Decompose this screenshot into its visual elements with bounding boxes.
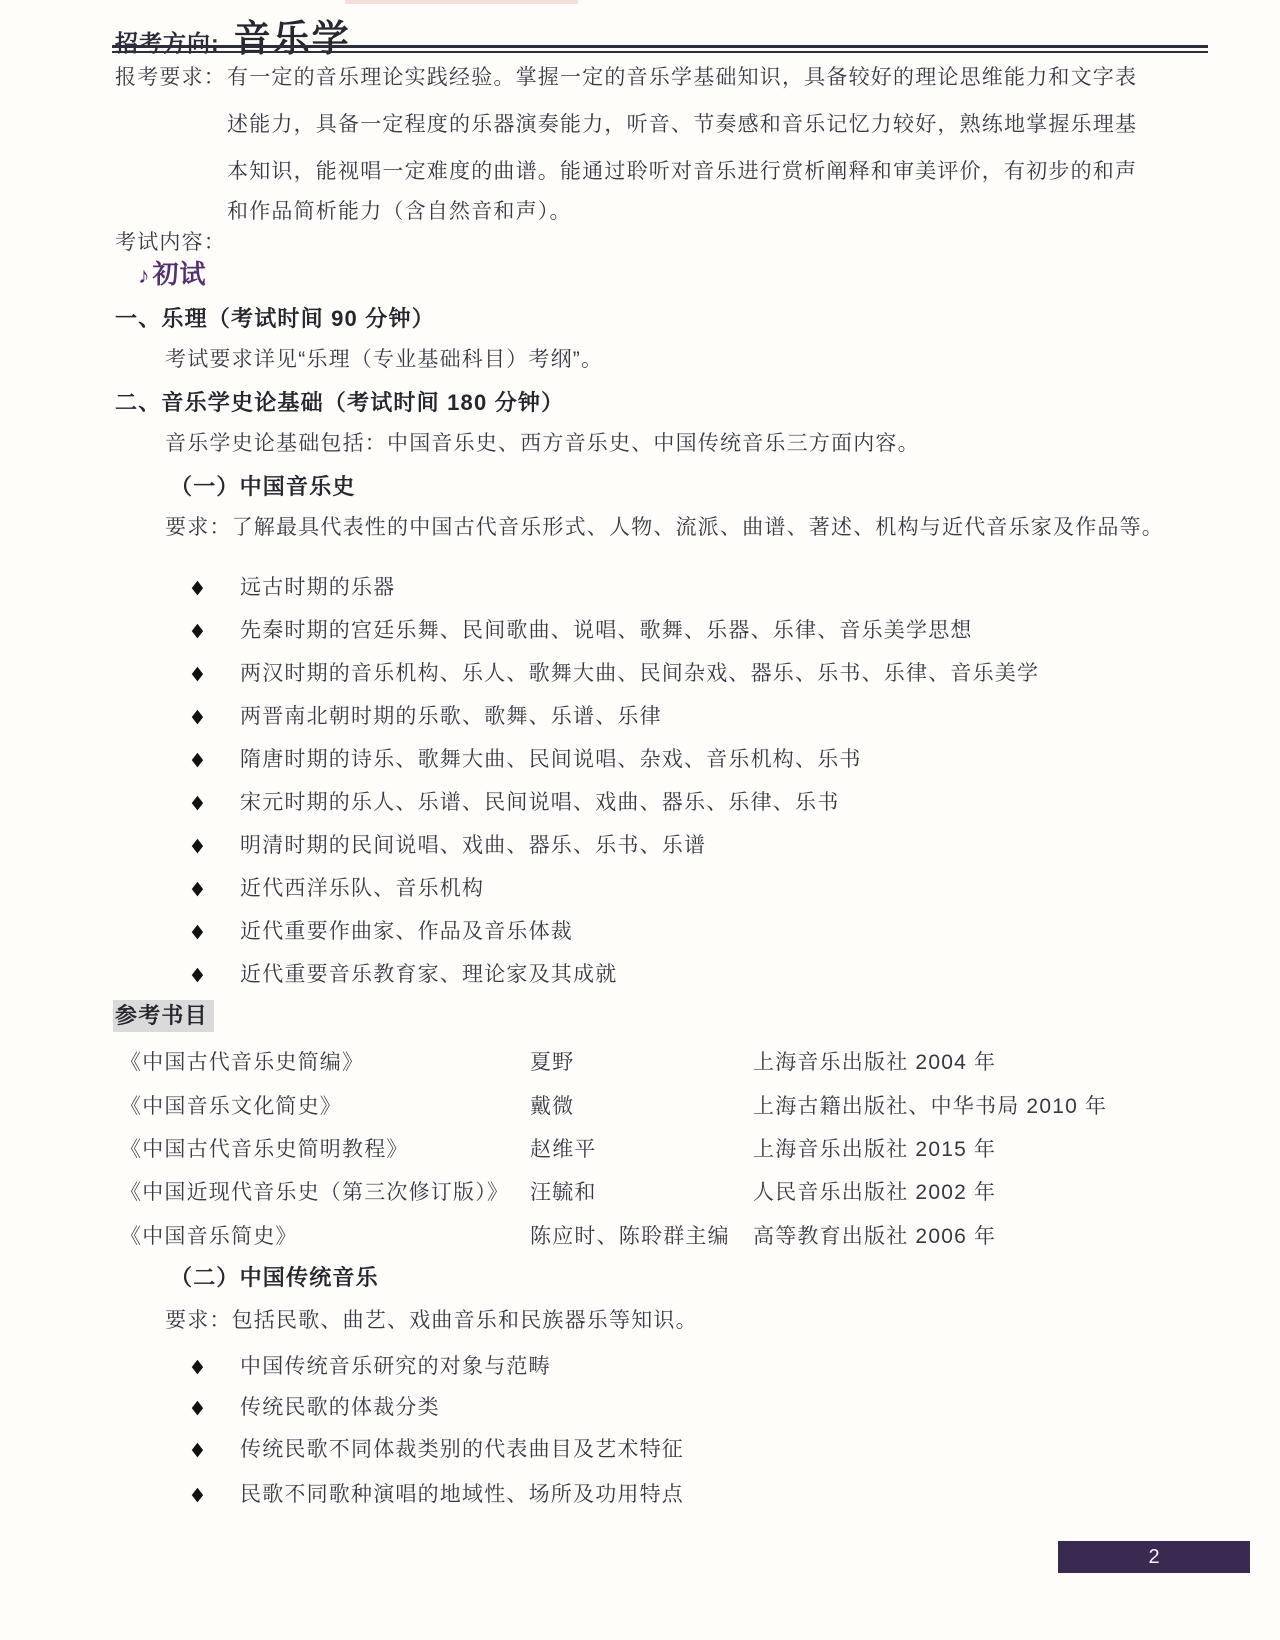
diamond-bullet-icon: ◆ xyxy=(192,660,204,688)
bullet-item: ◆ 近代重要作曲家、作品及音乐体裁 xyxy=(0,918,1280,946)
bullet-item: ◆ 远古时期的乐器 xyxy=(0,574,1280,602)
book-title: 《中国古代音乐史简编》 xyxy=(120,1049,364,1077)
section-1-body: 考试要求详见“乐理（专业基础科目）考纲”。 xyxy=(165,346,603,374)
apply-requirements-line: 和作品简析能力（含自然音和声）。 xyxy=(227,198,572,226)
bullet-text: 先秦时期的宫廷乐舞、民间歌曲、说唱、歌舞、乐器、乐律、音乐美学思想 xyxy=(240,617,973,645)
book-publisher: 人民音乐出版社 2002 年 xyxy=(753,1179,996,1207)
book-row: 《中国古代音乐史简明教程》 赵维平 上海音乐出版社 2015 年 xyxy=(0,1136,1280,1164)
bullet-item: ◆ 近代重要音乐教育家、理论家及其成就 xyxy=(0,961,1280,989)
book-row: 《中国音乐简史》 陈应时、陈聆群主编 高等教育出版社 2006 年 xyxy=(0,1223,1280,1251)
bullet-text: 两晋南北朝时期的乐歌、歌舞、乐谱、乐律 xyxy=(240,703,662,731)
bullet-text: 两汉时期的音乐机构、乐人、歌舞大曲、民间杂戏、器乐、乐书、乐律、音乐美学 xyxy=(240,660,1039,688)
bullet-text: 传统民歌不同体裁类别的代表曲目及艺术特征 xyxy=(240,1436,684,1464)
bullet-item: ◆ 传统民歌的体裁分类 xyxy=(0,1394,1280,1422)
apply-requirements-line: 有一定的音乐理论实践经验。掌握一定的音乐学基础知识，具备较好的理论思维能力和文字… xyxy=(227,64,1137,92)
diamond-bullet-icon: ◆ xyxy=(192,1353,204,1381)
bullet-text: 民歌不同歌种演唱的地域性、场所及功用特点 xyxy=(240,1481,684,1509)
bullet-item: ◆ 两汉时期的音乐机构、乐人、歌舞大曲、民间杂戏、器乐、乐书、乐律、音乐美学 xyxy=(0,660,1280,688)
diamond-bullet-icon: ◆ xyxy=(192,961,204,989)
bullet-text: 近代重要作曲家、作品及音乐体裁 xyxy=(240,918,573,946)
bullet-item: ◆ 隋唐时期的诗乐、歌舞大曲、民间说唱、杂戏、音乐机构、乐书 xyxy=(0,746,1280,774)
diamond-bullet-icon: ◆ xyxy=(192,703,204,731)
bullet-text: 明清时期的民间说唱、戏曲、器乐、乐书、乐谱 xyxy=(240,832,706,860)
music-note-icon: ♪ xyxy=(138,262,151,288)
page-title: 音乐学 xyxy=(234,8,351,62)
book-row: 《中国古代音乐史简编》 夏野 上海音乐出版社 2004 年 xyxy=(0,1049,1280,1077)
diamond-bullet-icon: ◆ xyxy=(192,1436,204,1464)
diamond-bullet-icon: ◆ xyxy=(192,746,204,774)
diamond-bullet-icon: ◆ xyxy=(192,875,204,903)
bullet-text: 传统民歌的体裁分类 xyxy=(240,1394,440,1422)
book-title: 《中国音乐文化简史》 xyxy=(120,1093,342,1121)
diamond-bullet-icon: ◆ xyxy=(192,789,204,817)
bullet-item: ◆ 先秦时期的宫廷乐舞、民间歌曲、说唱、歌舞、乐器、乐律、音乐美学思想 xyxy=(0,617,1280,645)
diamond-bullet-icon: ◆ xyxy=(192,1481,204,1509)
bullet-item: ◆ 明清时期的民间说唱、戏曲、器乐、乐书、乐谱 xyxy=(0,832,1280,860)
bullet-text: 近代西洋乐队、音乐机构 xyxy=(240,875,484,903)
book-publisher: 上海音乐出版社 2004 年 xyxy=(753,1049,996,1077)
footer-page-bar: 2 xyxy=(1058,1541,1250,1573)
header-double-rule xyxy=(112,45,1208,53)
book-title: 《中国古代音乐史简明教程》 xyxy=(120,1136,409,1164)
book-title: 《中国近现代音乐史（第三次修订版）》 xyxy=(120,1179,509,1207)
section-1-heading: 一、乐理（考试时间 90 分钟） xyxy=(115,304,435,334)
book-author: 夏野 xyxy=(530,1049,574,1077)
bullet-text: 隋唐时期的诗乐、歌舞大曲、民间说唱、杂戏、音乐机构、乐书 xyxy=(240,746,862,774)
book-row: 《中国近现代音乐史（第三次修订版）》 汪毓和 人民音乐出版社 2002 年 xyxy=(0,1179,1280,1207)
book-author: 赵维平 xyxy=(530,1136,597,1164)
section-2-heading: 二、音乐学史论基础（考试时间 180 分钟） xyxy=(115,388,564,418)
bullet-text: 宋元时期的乐人、乐谱、民间说唱、戏曲、器乐、乐律、乐书 xyxy=(240,789,839,817)
apply-requirements-line: 述能力，具备一定程度的乐器演奏能力，听音、节奏感和音乐记忆力较好，熟练地掌握乐理… xyxy=(227,111,1137,139)
bullet-text: 近代重要音乐教育家、理论家及其成就 xyxy=(240,961,617,989)
diamond-bullet-icon: ◆ xyxy=(192,574,204,602)
bullet-item: ◆ 传统民歌不同体裁类别的代表曲目及艺术特征 xyxy=(0,1436,1280,1464)
bullet-item: ◆ 宋元时期的乐人、乐谱、民间说唱、戏曲、器乐、乐律、乐书 xyxy=(0,789,1280,817)
bullet-item: ◆ 民歌不同歌种演唱的地域性、场所及功用特点 xyxy=(0,1481,1280,1509)
part-2-requirement: 要求：包括民歌、曲艺、戏曲音乐和民族器乐等知识。 xyxy=(165,1307,698,1335)
references-heading: 参考书目 xyxy=(113,1001,214,1031)
first-round-title: 初试 xyxy=(153,259,207,289)
book-publisher: 上海音乐出版社 2015 年 xyxy=(753,1136,996,1164)
bullet-item: ◆ 两晋南北朝时期的乐歌、歌舞、乐谱、乐律 xyxy=(0,703,1280,731)
bullet-text: 远古时期的乐器 xyxy=(240,574,395,602)
part-1-requirement: 要求：了解最具代表性的中国古代音乐形式、人物、流派、曲谱、著述、机构与近代音乐家… xyxy=(165,514,1164,542)
book-row: 《中国音乐文化简史》 戴微 上海古籍出版社、中华书局 2010 年 xyxy=(0,1093,1280,1121)
diamond-bullet-icon: ◆ xyxy=(192,617,204,645)
bullet-text: 中国传统音乐研究的对象与范畴 xyxy=(240,1353,551,1381)
diamond-bullet-icon: ◆ xyxy=(192,1394,204,1422)
book-publisher: 上海古籍出版社、中华书局 2010 年 xyxy=(753,1093,1107,1121)
document-page: 招考方向: 音乐学 报考要求： 有一定的音乐理论实践经验。掌握一定的音乐学基础知… xyxy=(0,0,1280,1640)
direction-label: 招考方向: xyxy=(115,25,220,58)
references-heading-text: 参考书目 xyxy=(113,1000,214,1032)
page-number: 2 xyxy=(1148,1546,1159,1569)
book-title: 《中国音乐简史》 xyxy=(120,1223,298,1251)
part-2-heading: （二）中国传统音乐 xyxy=(170,1263,379,1293)
section-2-intro: 音乐学史论基础包括：中国音乐史、西方音乐史、中国传统音乐三方面内容。 xyxy=(165,430,920,458)
first-round-heading: ♪初试 xyxy=(138,258,207,291)
part-1-heading: （一）中国音乐史 xyxy=(170,472,356,502)
page-header: 招考方向: 音乐学 xyxy=(115,8,351,62)
bullet-item: ◆ 中国传统音乐研究的对象与范畴 xyxy=(0,1353,1280,1381)
book-author: 戴微 xyxy=(530,1093,574,1121)
diamond-bullet-icon: ◆ xyxy=(192,832,204,860)
book-publisher: 高等教育出版社 2006 年 xyxy=(753,1223,996,1251)
diamond-bullet-icon: ◆ xyxy=(192,918,204,946)
exam-content-label: 考试内容： xyxy=(115,229,226,257)
book-author: 汪毓和 xyxy=(530,1179,597,1207)
bullet-item: ◆ 近代西洋乐队、音乐机构 xyxy=(0,875,1280,903)
top-edge-highlight-remnant xyxy=(345,0,578,4)
apply-requirements-label: 报考要求： xyxy=(115,64,226,92)
apply-requirements-line: 本知识，能视唱一定难度的曲谱。能通过聆听对音乐进行赏析阐释和审美评价，有初步的和… xyxy=(227,158,1137,186)
book-author: 陈应时、陈聆群主编 xyxy=(530,1223,730,1251)
